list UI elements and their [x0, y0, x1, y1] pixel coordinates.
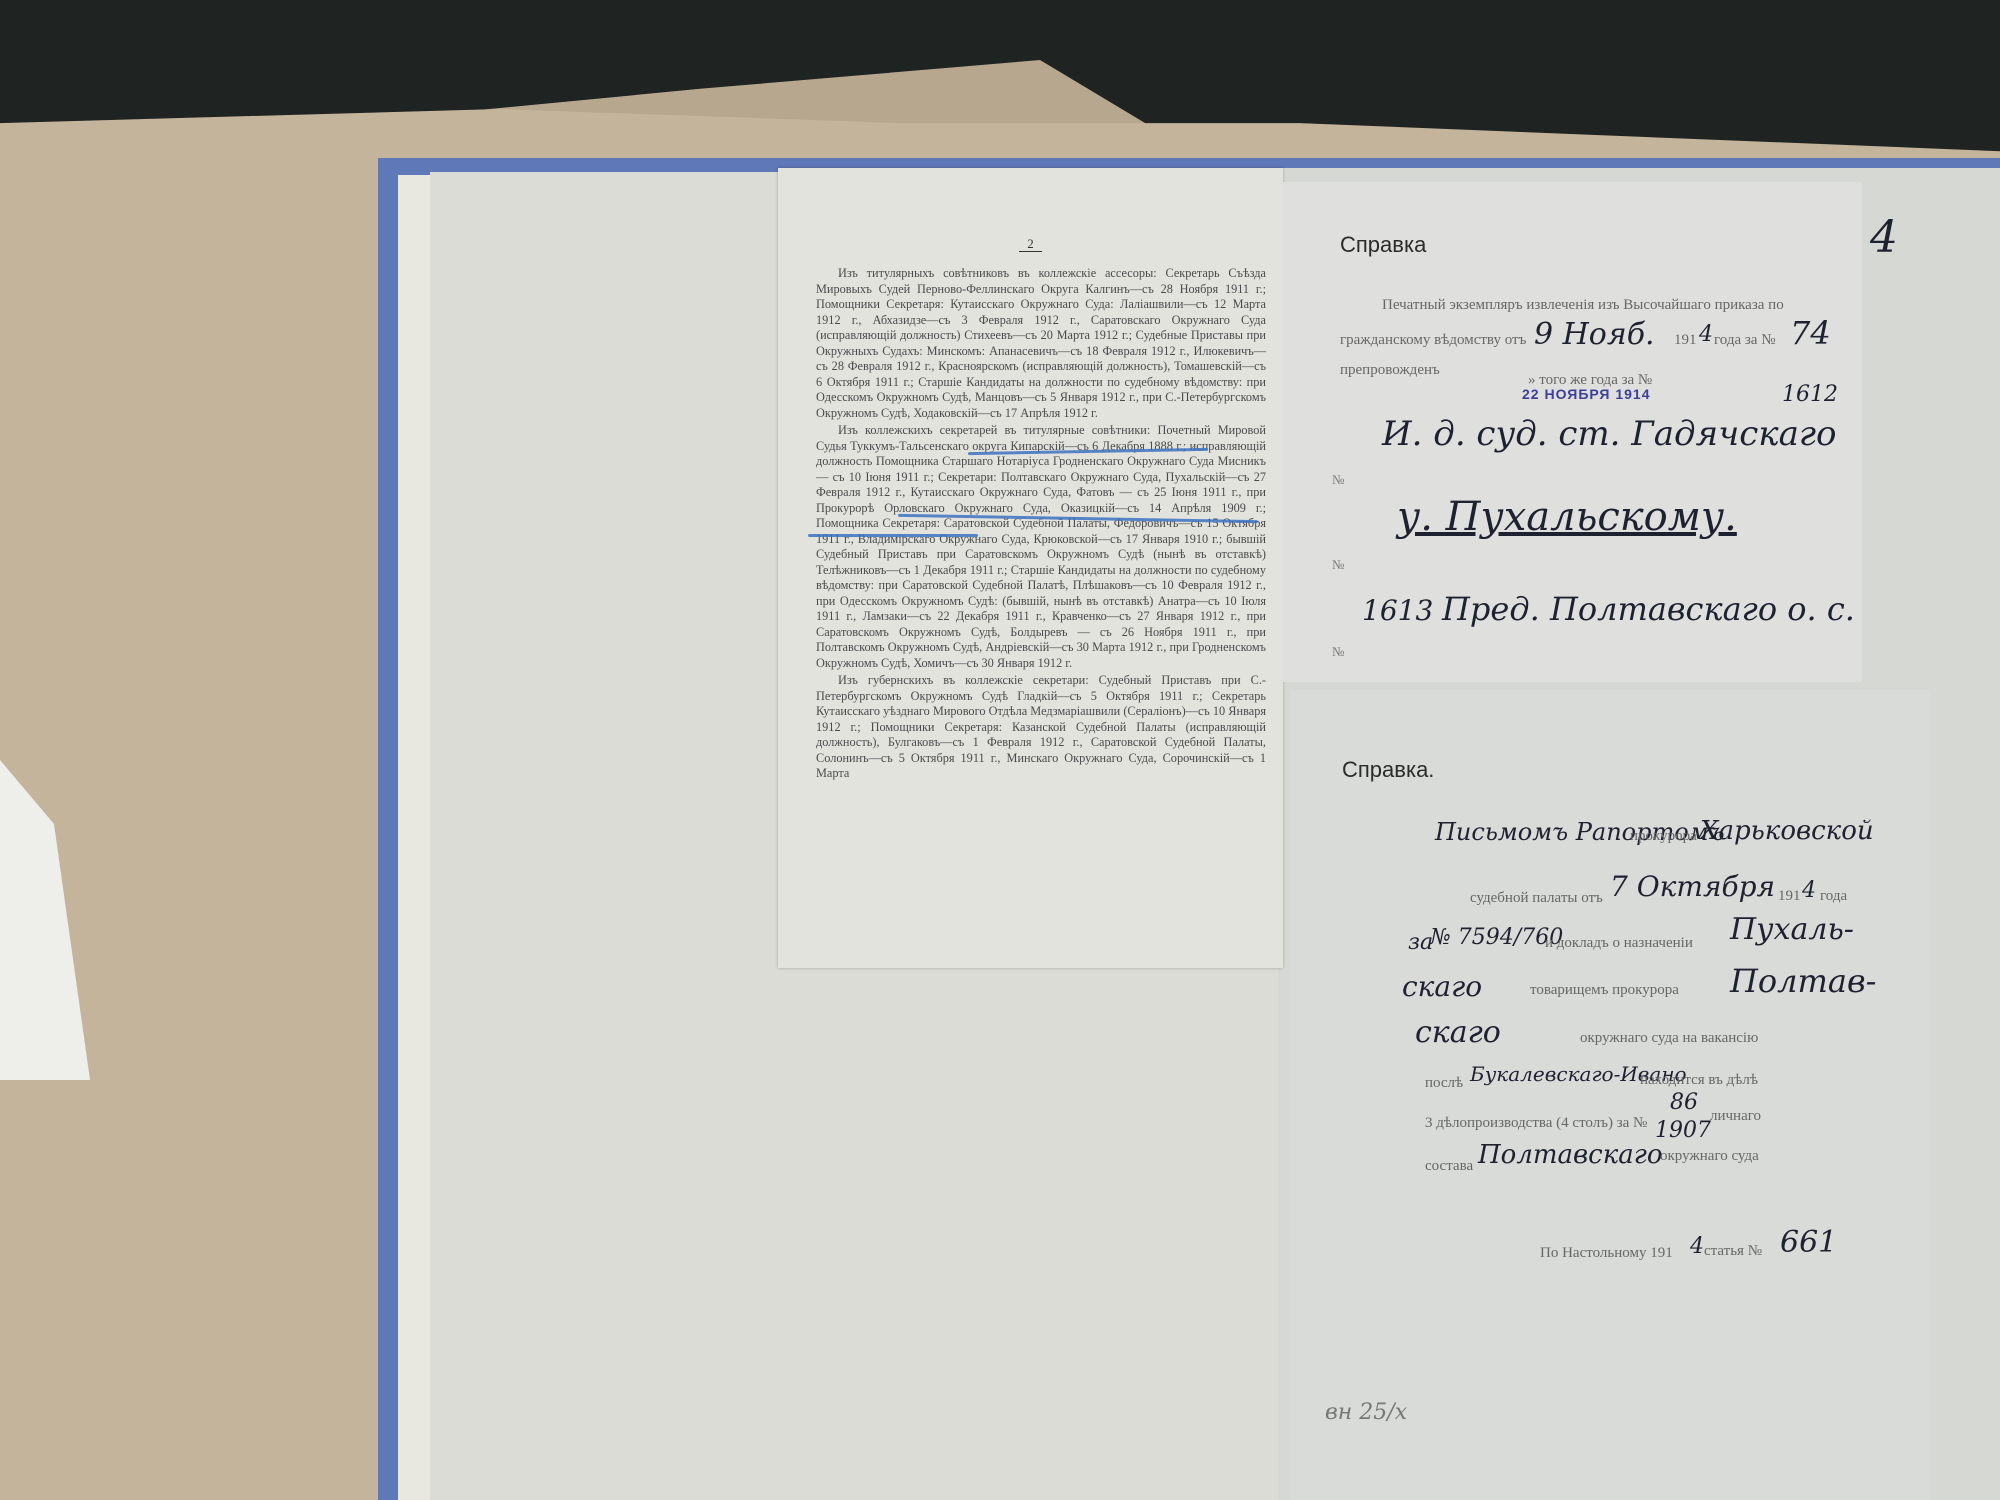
form2-article-number: 661	[1780, 1225, 1837, 1260]
form2-article: статья №	[1704, 1243, 1762, 1260]
entry-number: 1613	[1362, 594, 1433, 627]
form2-file-year: 1907	[1655, 1118, 1711, 1143]
form2-personal: личнаго	[1710, 1108, 1761, 1125]
form1-hand-date: 9 Нояб.	[1534, 317, 1655, 352]
form2-file-number: 86	[1670, 1090, 1698, 1115]
form1-printed-line1: Печатный экземпляръ извлеченія изъ Высоч…	[1382, 297, 1784, 314]
form2-year-digit: 4	[1802, 878, 1816, 903]
form2-prosecutor: прокурора	[1630, 828, 1697, 845]
form1-year-suffix: года за №	[1714, 332, 1776, 349]
form2-court-name: Полтавскаго	[1478, 1140, 1663, 1170]
blue-pencil-underline	[808, 534, 978, 537]
sheet-number: 4	[1870, 212, 1898, 263]
form1-printed-line2: гражданскому вѣдомству отъ	[1340, 332, 1526, 349]
clipping-page-number: 2	[778, 236, 1283, 252]
entry-text: Пред. Полтавскаго о. с.	[1442, 590, 1855, 628]
form2-name-part2: скаго	[1402, 970, 1482, 1003]
entry-text: у. Пухальскому.	[1397, 494, 1737, 540]
form2-vacancy: окружнаго суда на вакансію	[1580, 1030, 1758, 1047]
form1-year-digit: 4	[1699, 322, 1713, 347]
pencil-note: вн 25/х	[1325, 1400, 1407, 1425]
form2-court-tail: окружнаго суда	[1660, 1148, 1759, 1165]
form1-printed-line3: препровожденъ	[1340, 362, 1440, 379]
form2-position: товарищемъ прокурора	[1530, 982, 1679, 999]
form2-date: 7 Октября	[1610, 870, 1775, 903]
form2-number: № 7594/760	[1430, 925, 1563, 950]
number-sign: №	[1332, 557, 1344, 573]
form1-year-prefix: 191	[1674, 332, 1697, 349]
form2-office: 3 дѣлопроизводства (4 столъ) за №	[1425, 1115, 1647, 1132]
form1-title: Справка	[1340, 232, 1426, 258]
entry-text: И. д. суд. ст. Гадячскаго	[1382, 414, 1837, 454]
form2-year: 191	[1778, 888, 1801, 905]
form2-name-part1: Пухаль-	[1730, 912, 1854, 947]
clipping-text: Изъ титулярныхъ совѣтниковъ въ коллежскі…	[816, 266, 1266, 784]
form2-desk-year-digit: 4	[1690, 1234, 1704, 1259]
form2-located: находится въ дѣлѣ	[1640, 1072, 1758, 1089]
clipping-paragraph: Изъ губернскихъ въ коллежскіе секретари:…	[816, 673, 1266, 782]
clipping-paragraph: Изъ титулярныхъ совѣтниковъ въ коллежскі…	[816, 266, 1266, 421]
printed-clipping: 2 Изъ титулярныхъ совѣтниковъ въ коллежс…	[778, 168, 1283, 968]
form2-court-part1: Полтав-	[1730, 962, 1876, 1000]
form2-chamber: Харьковской	[1700, 816, 1874, 846]
date-stamp: 22 НОЯБРЯ 1914	[1522, 386, 1651, 402]
number-sign: №	[1332, 472, 1344, 488]
form-sheet-2: Справка. Письмомъ Рапортомъ прокурора Ха…	[1290, 690, 1930, 1500]
form2-court-part2: скаго	[1415, 1015, 1501, 1050]
form2-report: и докладъ о назначеніи	[1545, 935, 1693, 952]
form2-chamber-label: судебной палаты отъ	[1470, 890, 1603, 907]
form2-year-suffix: года	[1820, 888, 1847, 905]
form1-order-number: 74	[1790, 314, 1831, 352]
form2-title: Справка.	[1342, 757, 1434, 783]
entry-number: 1612	[1782, 382, 1838, 407]
form-sheet-1: Справка 4 Печатный экземпляръ извлеченія…	[1282, 182, 1862, 682]
number-sign: №	[1332, 644, 1344, 660]
clipping-paragraph: Изъ коллежскихъ секретарей въ титулярные…	[816, 423, 1266, 671]
form2-after: послѣ	[1425, 1075, 1463, 1092]
form2-staff: состава	[1425, 1158, 1473, 1175]
form2-desk-prefix: По Настольному 191	[1540, 1245, 1673, 1262]
